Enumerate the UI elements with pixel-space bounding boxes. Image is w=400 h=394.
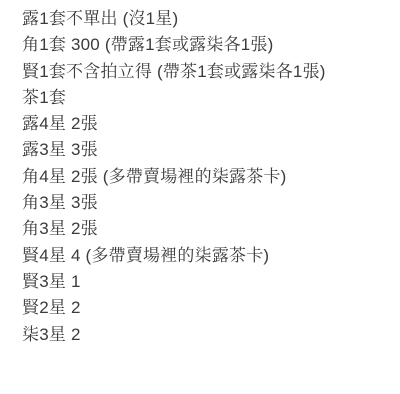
text-line: 角4星 2張 (多帶賣場裡的柒露茶卡) bbox=[22, 164, 390, 190]
notes-text-block: 露1套不單出 (沒1星) 角1套 300 (帶露1套或露柒各1張) 賢1套不含拍… bbox=[0, 0, 400, 348]
text-line: 角3星 2張 bbox=[22, 216, 390, 242]
text-line: 角3星 3張 bbox=[22, 190, 390, 216]
text-line: 賢1套不含拍立得 (帶茶1套或露柒各1張) bbox=[22, 59, 390, 85]
text-line: 露3星 3張 bbox=[22, 137, 390, 163]
text-line: 柒3星 2 bbox=[22, 322, 390, 348]
text-line: 賢3星 1 bbox=[22, 269, 390, 295]
text-line: 角1套 300 (帶露1套或露柒各1張) bbox=[22, 32, 390, 58]
text-line: 賢2星 2 bbox=[22, 295, 390, 321]
text-line: 賢4星 4 (多帶賣場裡的柒露茶卡) bbox=[22, 243, 390, 269]
text-line: 露4星 2張 bbox=[22, 111, 390, 137]
text-line: 露1套不單出 (沒1星) bbox=[22, 6, 390, 32]
text-line: 茶1套 bbox=[22, 85, 390, 111]
